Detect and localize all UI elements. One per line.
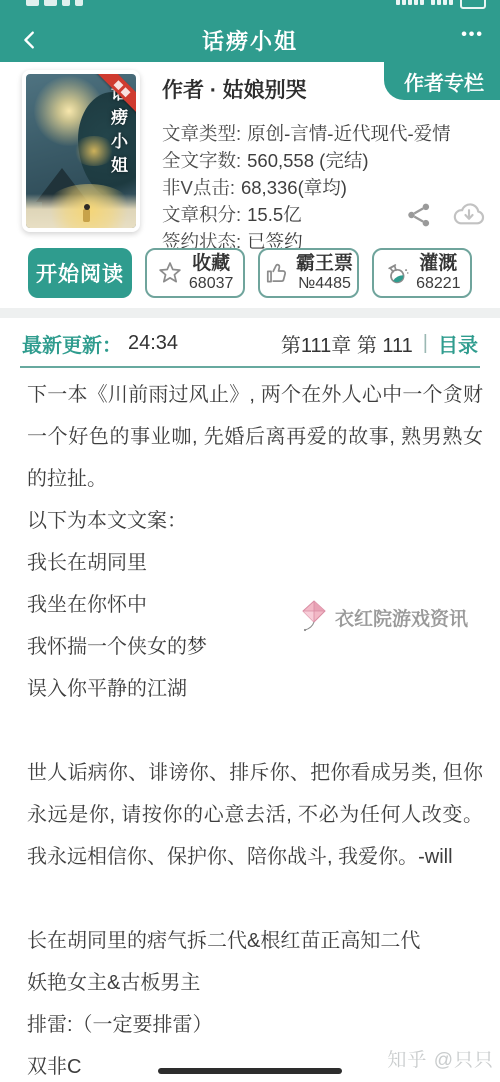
author-name[interactable]: 作者 · 姑娘别哭 bbox=[162, 74, 486, 104]
stat-row-type: 文章类型:原创-言情-近代现代-爱情 bbox=[162, 120, 486, 147]
summary-paragraph: 以下为本文文案： bbox=[27, 500, 483, 542]
latest-update-label: 最新更新： bbox=[22, 329, 122, 358]
status-bar bbox=[0, 0, 500, 18]
chevron-left-icon bbox=[19, 29, 41, 51]
summary-blank-line bbox=[27, 710, 483, 752]
overlord-ticket-label: 霸王票 bbox=[296, 253, 353, 275]
overlord-ticket-button[interactable]: 霸王票 №4485 bbox=[258, 248, 358, 298]
latest-update-row: 最新更新： 24:34 第111章 第 111 | 目录 bbox=[0, 328, 500, 358]
summary-paragraph: 妖艳女主&古板男主 bbox=[27, 962, 483, 1004]
page-title: 话痨小姐 bbox=[0, 25, 500, 56]
book-info-card: 作者专栏 话痨小姐 作者 · 姑娘别哭 文章类型:原创-言情-近代现代-爱情 全… bbox=[0, 62, 500, 308]
section-gap bbox=[0, 308, 500, 318]
flask-icon bbox=[383, 260, 410, 287]
action-button-row: 开始阅读 收藏 68037 霸王票 №4485 bbox=[0, 248, 500, 298]
signal-icon bbox=[396, 0, 424, 5]
irrigate-count: 68221 bbox=[416, 275, 461, 293]
more-options-icon[interactable]: ••• bbox=[461, 26, 484, 44]
summary-paragraph: 世人诟病你、诽谤你、排斥你、把你看成另类, 但你永远是你, 请按你的心意去活, … bbox=[27, 752, 483, 878]
collect-count: 68037 bbox=[189, 275, 234, 293]
summary-paragraph: 下一本《川前雨过风止》, 两个在外人心中一个贪财一个好色的事业咖, 先婚后离再爱… bbox=[27, 374, 483, 500]
irrigate-label: 灌溉 bbox=[419, 253, 457, 275]
status-right-icons bbox=[396, 0, 486, 9]
pipe-separator: | bbox=[423, 332, 428, 355]
wifi-icon bbox=[431, 0, 453, 5]
stat-row-wordcount: 全文字数:560,558 (完结) bbox=[162, 147, 486, 174]
status-left-clipped-text bbox=[26, 0, 83, 6]
app-header: 话痨小姐 ••• bbox=[0, 18, 500, 62]
thumbs-up-icon bbox=[264, 260, 290, 286]
girl-figure bbox=[83, 209, 90, 222]
zhihu-watermark: 知乎 @只只 bbox=[387, 1045, 494, 1072]
collect-button[interactable]: 收藏 68037 bbox=[145, 248, 245, 298]
latest-update-time: 24:34 bbox=[128, 332, 178, 355]
summary-paragraph: 我长在胡同里 bbox=[27, 542, 483, 584]
summary-paragraph: 排雷:（一定要排雷） bbox=[27, 1004, 483, 1046]
book-cover-art: 话痨小姐 bbox=[26, 74, 136, 228]
irrigate-button[interactable]: 灌溉 68221 bbox=[372, 248, 472, 298]
detail-card: 最新更新： 24:34 第111章 第 111 | 目录 下一本《川前雨过风止》… bbox=[0, 318, 500, 1082]
start-reading-button[interactable]: 开始阅读 bbox=[28, 248, 132, 298]
download-icon[interactable] bbox=[450, 200, 488, 235]
back-button[interactable] bbox=[14, 24, 46, 56]
toc-link[interactable]: 目录 bbox=[438, 329, 478, 358]
collect-label: 收藏 bbox=[192, 253, 230, 275]
kite-icon bbox=[300, 600, 328, 634]
stat-row-clicks: 非V点击:68,336(章均) bbox=[162, 174, 486, 201]
book-cover[interactable]: 话痨小姐 bbox=[22, 70, 140, 232]
book-summary: 下一本《川前雨过风止》, 两个在外人心中一个贪财一个好色的事业咖, 先婚后离再爱… bbox=[0, 374, 500, 1082]
overlord-ticket-count: №4485 bbox=[298, 275, 351, 293]
teal-divider bbox=[20, 366, 480, 368]
home-indicator[interactable] bbox=[158, 1068, 342, 1074]
summary-blank-line bbox=[27, 878, 483, 920]
kite-watermark: 衣红院游戏资讯 bbox=[300, 600, 468, 634]
share-icon[interactable] bbox=[404, 200, 434, 235]
star-icon bbox=[157, 260, 183, 286]
summary-paragraph: 长在胡同里的痞气拆二代&根红苗正高知二代 bbox=[27, 920, 483, 962]
battery-icon bbox=[460, 0, 486, 9]
summary-paragraph: 误入你平静的江湖 bbox=[27, 668, 483, 710]
kite-watermark-text: 衣红院游戏资讯 bbox=[335, 604, 468, 631]
latest-chapter[interactable]: 第111章 第 111 bbox=[281, 329, 413, 358]
girl-figure-head bbox=[84, 204, 90, 210]
